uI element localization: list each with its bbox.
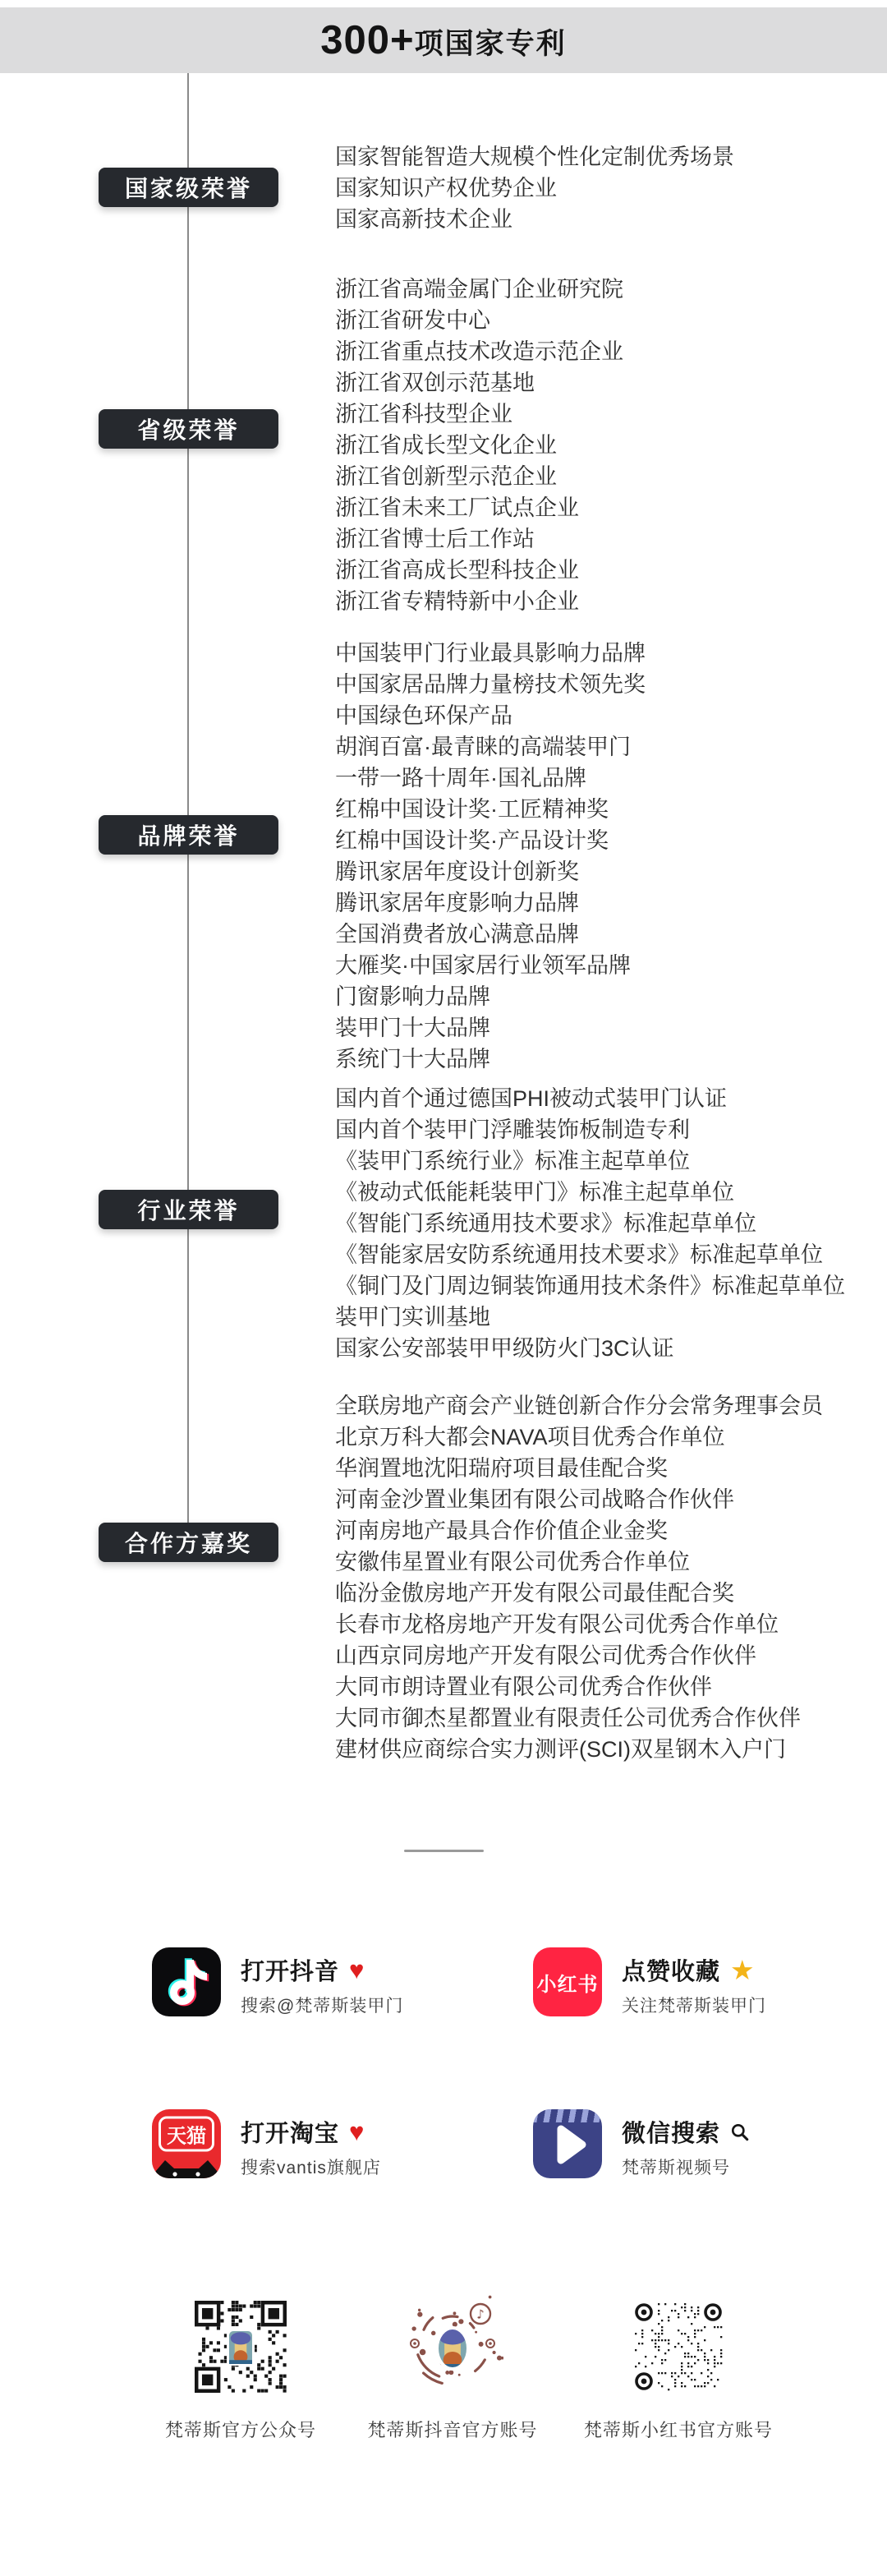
honor-list-brand: 中国装甲门行业最具影响力品牌中国家居品牌力量榜技术领先奖中国绿色环保产品胡润百富… <box>335 638 861 1075</box>
honor-item: 《智能家居安防系统通用技术要求》标准起草单位 <box>335 1239 861 1270</box>
honor-item: 北京万科大都会NAVA项目优秀合作单位 <box>335 1422 861 1453</box>
timeline-line <box>187 73 189 1544</box>
social-text: 微信搜索 梵蒂斯视频号 <box>622 2109 750 2179</box>
honor-item: 中国家居品牌力量榜技术领先奖 <box>335 669 861 700</box>
section-label-brand: 品牌荣誉 <box>99 815 278 855</box>
honor-item: 浙江省创新型示范企业 <box>335 461 861 492</box>
honor-item: 河南房地产最具合作价值企业金奖 <box>335 1515 861 1546</box>
tmall-cat-icon <box>152 2155 221 2178</box>
social-link-douyin[interactable]: 打开抖音 ♥ 搜索@梵蒂斯装甲门 <box>152 1947 403 2017</box>
honor-item: 国家知识产权优势企业 <box>335 173 861 204</box>
douyin-app-icon <box>152 1947 221 2016</box>
honor-item: 浙江省高端金属门企业研究院 <box>335 274 861 305</box>
honor-item: 《被动式低能耗装甲门》标准主起草单位 <box>335 1177 861 1208</box>
qr-label-douyin: 梵蒂斯抖音官方账号 <box>321 2417 584 2442</box>
honor-item: 全联房地产商会产业链创新合作分会常务理事会员 <box>335 1390 861 1422</box>
honor-item: 腾讯家居年度设计创新奖 <box>335 856 861 887</box>
qr-code-wechat-official <box>195 2301 287 2393</box>
social-text: 点赞收藏 ★ 关注梵蒂斯装甲门 <box>622 1947 766 2017</box>
honor-item: 胡润百富·最青睐的高端装甲门 <box>335 731 861 763</box>
xiaohongshu-wordmark: 小红书 <box>537 1968 599 1997</box>
honor-item: 装甲门实训基地 <box>335 1302 861 1333</box>
play-icon <box>533 2117 602 2178</box>
honor-item: 临汾金傲房地产开发有限公司最佳配合奖 <box>335 1578 861 1609</box>
social-subtitle: 搜索@梵蒂斯装甲门 <box>241 1993 403 2017</box>
social-subtitle: 关注梵蒂斯装甲门 <box>622 1993 766 2017</box>
social-subtitle: 搜索vantis旗舰店 <box>241 2154 381 2179</box>
honor-item: 国家高新技术企业 <box>335 204 861 235</box>
tmall-app-icon: 天猫 <box>152 2109 221 2178</box>
douyin-note-icon <box>152 1947 221 2016</box>
honor-item: 浙江省成长型文化企业 <box>335 430 861 461</box>
social-subtitle: 梵蒂斯视频号 <box>622 2154 750 2179</box>
honor-item: 浙江省双创示范基地 <box>335 367 861 399</box>
section-label-partner: 合作方嘉奖 <box>99 1523 278 1562</box>
qr-code-xiaohongshu-account <box>633 2302 724 2392</box>
honor-list-industry: 国内首个通过德国PHI被动式装甲门认证国内首个装甲门浮雕装饰板制造专利《装甲门系… <box>335 1083 861 1364</box>
social-title: 打开抖音 <box>241 1953 339 1987</box>
honor-item: 国家智能智造大规模个性化定制优秀场景 <box>335 141 861 173</box>
honor-item: 河南金沙置业集团有限公司战略合作伙伴 <box>335 1484 861 1515</box>
section-divider <box>404 1850 484 1852</box>
honor-item: 浙江省研发中心 <box>335 305 861 336</box>
social-title: 点赞收藏 <box>622 1953 720 1987</box>
patent-label: 项国家专利 <box>415 21 567 62</box>
social-link-wechat-channels[interactable]: 微信搜索 梵蒂斯视频号 <box>533 2109 750 2179</box>
section-label-industry: 行业荣誉 <box>99 1190 278 1229</box>
honor-item: 浙江省专精特新中小企业 <box>335 586 861 617</box>
honor-item: 《铜门及门周边铜装饰通用技术条件》标准起草单位 <box>335 1270 861 1302</box>
honor-item: 门窗影响力品牌 <box>335 981 861 1012</box>
wechat-channels-app-icon <box>533 2109 602 2178</box>
honor-item: 红棉中国设计奖·工匠精神奖 <box>335 794 861 825</box>
honor-item: 浙江省重点技术改造示范企业 <box>335 336 861 367</box>
social-link-tmall[interactable]: 天猫 打开淘宝 ♥ 搜索vantis旗舰店 <box>152 2109 381 2179</box>
honor-item: 大同市朗诗置业有限公司优秀合作伙伴 <box>335 1671 861 1703</box>
honor-list-provincial: 浙江省高端金属门企业研究院浙江省研发中心浙江省重点技术改造示范企业浙江省双创示范… <box>335 274 861 617</box>
patent-count: 300+ <box>320 17 414 63</box>
page-title: 300+ 项国家专利 <box>320 17 566 63</box>
honor-list-national: 国家智能智造大规模个性化定制优秀场景国家知识产权优势企业国家高新技术企业 <box>335 141 861 235</box>
social-text: 打开抖音 ♥ 搜索@梵蒂斯装甲门 <box>241 1947 403 2017</box>
star-icon: ★ <box>730 1956 755 1984</box>
xiaohongshu-app-icon: 小红书 <box>533 1947 602 2016</box>
honor-item: 建材供应商综合实力测评(SCI)双星钢木入户门 <box>335 1734 861 1765</box>
heart-icon: ♥ <box>349 1957 364 1983</box>
honor-item: 国内首个通过德国PHI被动式装甲门认证 <box>335 1083 861 1114</box>
section-label-provincial: 省级荣誉 <box>99 409 278 449</box>
honor-item: 《智能门系统通用技术要求》标准起草单位 <box>335 1208 861 1239</box>
qr-label-xiaohongshu: 梵蒂斯小红书官方账号 <box>547 2417 810 2442</box>
honor-item: 国内首个装甲门浮雕装饰板制造专利 <box>335 1114 861 1145</box>
honor-item: 长春市龙格房地产开发有限公司优秀合作单位 <box>335 1609 861 1640</box>
honor-item: 国家公安部装甲甲级防火门3C认证 <box>335 1333 861 1364</box>
honor-item: 浙江省博士后工作站 <box>335 523 861 555</box>
honor-item: 华润置地沈阳瑞府项目最佳配合奖 <box>335 1453 861 1484</box>
honor-item: 腾讯家居年度影响力品牌 <box>335 887 861 919</box>
qr-code-douyin-account: ♪ <box>402 2293 503 2394</box>
honor-list-partner: 全联房地产商会产业链创新合作分会常务理事会员北京万科大都会NAVA项目优秀合作单… <box>335 1390 861 1765</box>
honor-item: 系统门十大品牌 <box>335 1044 861 1075</box>
honor-item: 红棉中国设计奖·产品设计奖 <box>335 825 861 856</box>
social-link-xiaohongshu[interactable]: 小红书 点赞收藏 ★ 关注梵蒂斯装甲门 <box>533 1947 766 2017</box>
honor-item: 中国装甲门行业最具影响力品牌 <box>335 638 861 669</box>
social-title: 微信搜索 <box>622 2115 720 2149</box>
tmall-wordmark: 天猫 <box>159 2117 214 2152</box>
honor-item: 浙江省高成长型科技企业 <box>335 555 861 586</box>
honor-item: 大雁奖·中国家居行业领军品牌 <box>335 950 861 981</box>
honor-item: 浙江省未来工厂试点企业 <box>335 492 861 523</box>
honor-item: 山西京同房地产开发有限公司优秀合作伙伴 <box>335 1640 861 1671</box>
heart-icon: ♥ <box>349 2119 364 2145</box>
social-title: 打开淘宝 <box>241 2115 339 2149</box>
social-text: 打开淘宝 ♥ 搜索vantis旗舰店 <box>241 2109 381 2179</box>
honor-item: 一带一路十周年·国礼品牌 <box>335 763 861 794</box>
header-band: 300+ 项国家专利 <box>0 7 887 73</box>
honor-item: 安徽伟星置业有限公司优秀合作单位 <box>335 1546 861 1578</box>
honor-item: 全国消费者放心满意品牌 <box>335 919 861 950</box>
honor-item: 浙江省科技型企业 <box>335 399 861 430</box>
honor-item: 大同市御杰星都置业有限责任公司优秀合作伙伴 <box>335 1703 861 1734</box>
magnifier-icon <box>730 2122 750 2142</box>
honor-item: 中国绿色环保产品 <box>335 700 861 731</box>
honor-item: 装甲门十大品牌 <box>335 1012 861 1044</box>
svg-text:♪: ♪ <box>476 2307 485 2322</box>
honor-item: 《装甲门系统行业》标准主起草单位 <box>335 1145 861 1177</box>
section-label-national: 国家级荣誉 <box>99 168 278 207</box>
honors-page: 300+ 项国家专利 国家级荣誉 省级荣誉 品牌荣誉 行业荣誉 合作方嘉奖 国家… <box>0 0 887 2576</box>
